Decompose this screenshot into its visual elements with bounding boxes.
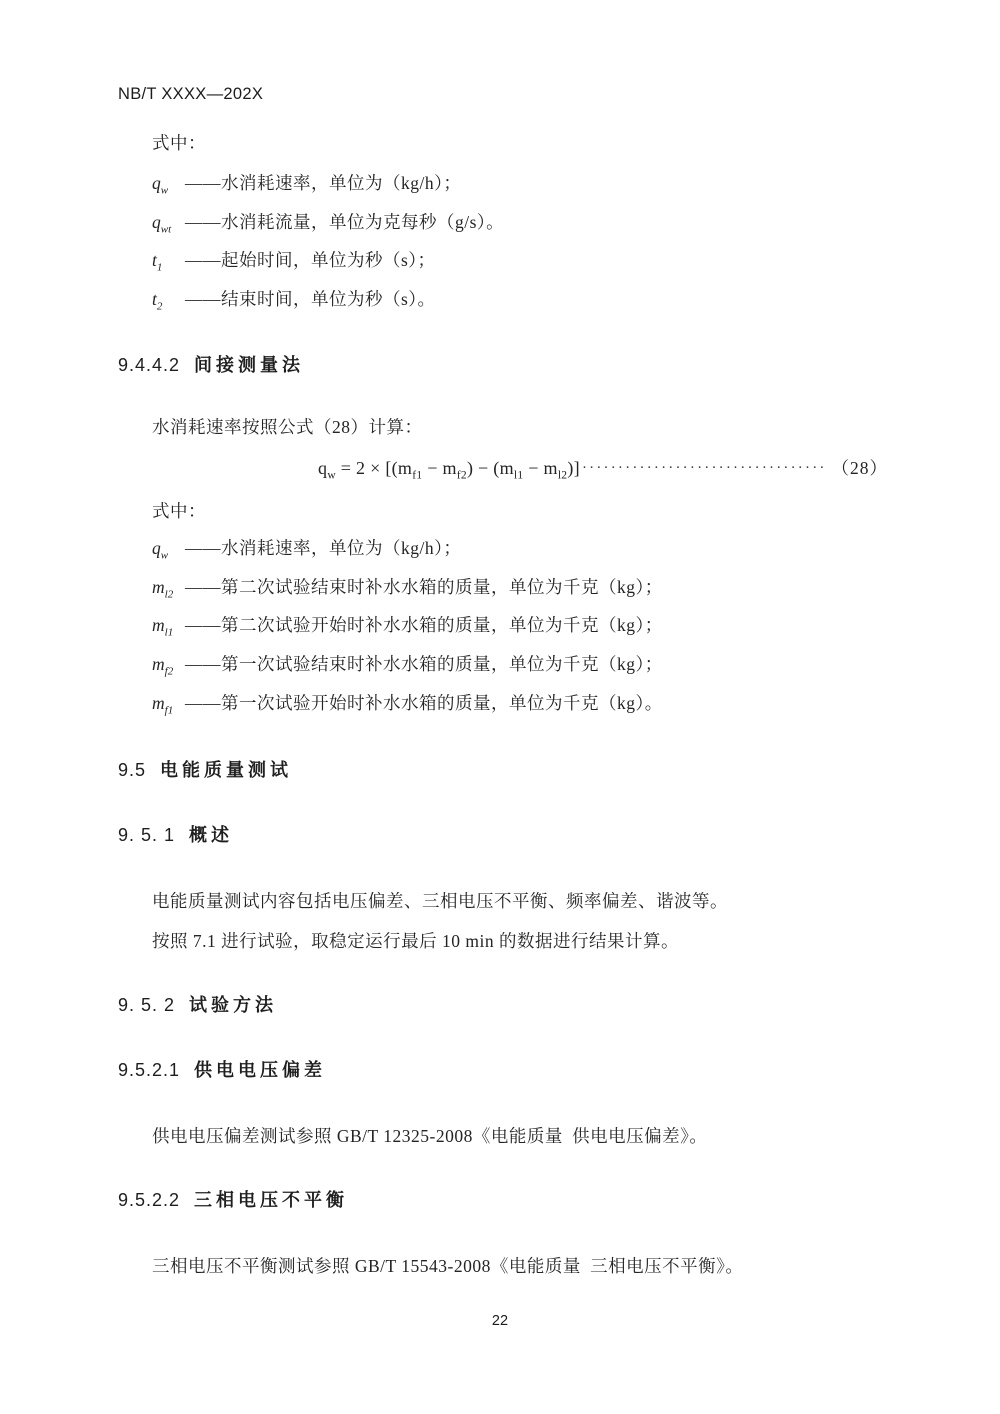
paragraph-formula-intro: 水消耗速率按照公式（28）计算： — [152, 416, 423, 438]
section-number: 9.5.2.2 — [118, 1190, 180, 1210]
symbol-term: qw — [152, 172, 185, 194]
section-number: 9.5.2.1 — [118, 1060, 180, 1080]
paragraph: 按照 7.1 进行试验，取稳定运行最后 10 min 的数据进行结果计算。 — [152, 930, 679, 952]
page-header: NB/T XXXX—202X — [118, 85, 263, 104]
symbol-description: ——第一次试验结束时补水水箱的质量，单位为千克（kg）； — [185, 653, 663, 675]
symbol-description: ——第二次试验结束时补水水箱的质量，单位为千克（kg）； — [185, 576, 663, 598]
symbol-definition-row: qwt ——水消耗流量，单位为克每秒（g/s）。 — [152, 211, 504, 233]
equation-28: qw = 2 × [(mf1 − mf2) − (ml1 − ml2)] ···… — [318, 455, 888, 480]
symbol-description: ——第一次试验开始时补水水箱的质量，单位为千克（kg）。 — [185, 692, 663, 714]
symbol-term: qwt — [152, 211, 185, 233]
section-title: 试验方法 — [189, 995, 277, 1015]
paragraph: 供电电压偏差测试参照 GB/T 12325-2008《电能质量 供电电压偏差》。 — [152, 1125, 707, 1147]
section-title: 供电电压偏差 — [194, 1060, 326, 1080]
symbol-description: ——第二次试验开始时补水水箱的质量，单位为千克（kg）； — [185, 614, 663, 636]
symbol-term: ml2 — [152, 576, 185, 598]
section-heading-951: 9. 5. 1概述 — [118, 825, 233, 846]
section-number: 9. 5. 2 — [118, 995, 175, 1015]
symbol-definition-row: mf2 ——第一次试验结束时补水水箱的质量，单位为千克（kg）； — [152, 653, 663, 675]
section-heading-9442: 9.4.4.2间接测量法 — [118, 355, 304, 376]
symbol-description: ——水消耗速率，单位为（kg/h）； — [185, 172, 461, 194]
symbol-definition-row: ml1 ——第二次试验开始时补水水箱的质量，单位为千克（kg）； — [152, 614, 663, 636]
section-heading-95: 9.5电能质量测试 — [118, 760, 292, 781]
section-number: 9.5 — [118, 760, 146, 780]
where-label: 式中： — [152, 132, 206, 154]
symbol-term: mf1 — [152, 692, 185, 714]
where-label: 式中： — [152, 500, 206, 522]
symbol-term: qw — [152, 537, 185, 559]
symbol-definition-row: qw ——水消耗速率，单位为（kg/h）； — [152, 537, 461, 559]
symbol-definition-row: t1 ——起始时间，单位为秒（s）； — [152, 249, 436, 271]
symbol-definition-row: t2 ——结束时间，单位为秒（s）。 — [152, 288, 436, 310]
equation-body: qw = 2 × [(mf1 − mf2) − (ml1 − ml2)] — [318, 458, 580, 479]
symbol-description: ——水消耗速率，单位为（kg/h）； — [185, 537, 461, 559]
symbol-description: ——水消耗流量，单位为克每秒（g/s）。 — [185, 211, 504, 233]
symbol-term: t2 — [152, 288, 185, 310]
section-number: 9.4.4.2 — [118, 355, 180, 375]
symbol-term: ml1 — [152, 614, 185, 636]
symbol-term: t1 — [152, 249, 185, 271]
section-heading-9521: 9.5.2.1供电电压偏差 — [118, 1060, 326, 1081]
dot-leader: ········································… — [582, 460, 826, 477]
section-title: 间接测量法 — [194, 355, 304, 375]
paragraph: 三相电压不平衡测试参照 GB/T 15543-2008《电能质量 三相电压不平衡… — [152, 1255, 743, 1277]
section-title: 三相电压不平衡 — [194, 1190, 348, 1210]
document-page: NB/T XXXX—202X 式中： qw ——水消耗速率，单位为（kg/h）；… — [0, 0, 1000, 1414]
symbol-term: mf2 — [152, 653, 185, 675]
page-number: 22 — [0, 1313, 1000, 1329]
symbol-definition-row: mf1 ——第一次试验开始时补水水箱的质量，单位为千克（kg）。 — [152, 692, 663, 714]
paragraph: 电能质量测试内容包括电压偏差、三相电压不平衡、频率偏差、谐波等。 — [152, 890, 728, 912]
section-title: 电能质量测试 — [160, 760, 292, 780]
section-heading-952: 9. 5. 2试验方法 — [118, 995, 277, 1016]
section-title: 概述 — [189, 825, 233, 845]
equation-number: （28） — [832, 455, 889, 480]
section-number: 9. 5. 1 — [118, 825, 175, 845]
symbol-description: ——结束时间，单位为秒（s）。 — [185, 288, 436, 310]
symbol-description: ——起始时间，单位为秒（s）； — [185, 249, 436, 271]
symbol-definition-row: qw ——水消耗速率，单位为（kg/h）； — [152, 172, 461, 194]
symbol-definition-row: ml2 ——第二次试验结束时补水水箱的质量，单位为千克（kg）； — [152, 576, 663, 598]
section-heading-9522: 9.5.2.2三相电压不平衡 — [118, 1190, 348, 1211]
